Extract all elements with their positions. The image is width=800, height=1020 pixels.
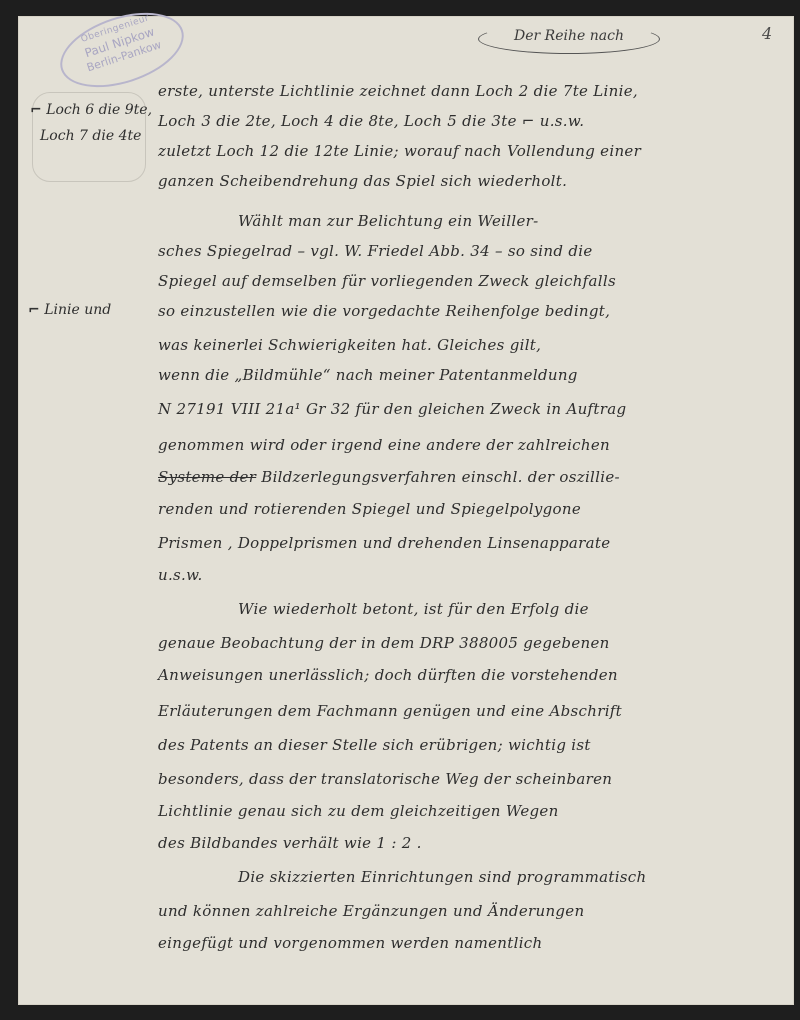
text-line: ganzen Scheibendrehung das Spiel sich wi…	[158, 172, 567, 190]
text-line: renden und rotierenden Spiegel und Spieg…	[158, 500, 581, 518]
text-line: Prismen , Doppelprismen und drehenden Li…	[158, 534, 610, 552]
margin-note: ⌐ Linie und	[28, 298, 111, 322]
text-line: erste, unterste Lichtlinie zeichnet dann…	[158, 82, 638, 100]
text-line: was keinerlei Schwierigkeiten hat. Gleic…	[158, 336, 541, 354]
text-line: des Patents an dieser Stelle sich erübri…	[158, 736, 591, 754]
text-line: Erläuterungen dem Fachmann genügen und e…	[158, 702, 622, 720]
text-line: zuletzt Loch 12 die 12te Linie; worauf n…	[158, 142, 641, 160]
text-line: Wie wiederholt betont, ist für den Erfol…	[238, 600, 589, 618]
margin-note: ⌐ Loch 6 die 9te,	[30, 98, 152, 122]
text-line: sches Spiegelrad – vgl. W. Friedel Abb. …	[158, 242, 593, 260]
text-line: so einzustellen wie die vorgedachte Reih…	[158, 302, 610, 320]
text-line: Wählt man zur Belichtung ein Weiller-	[238, 212, 538, 230]
text-line: u.s.w.	[158, 566, 203, 584]
insertion-mark-icon: ⌐	[30, 102, 42, 118]
text-line: Loch 3 die 2te, Loch 4 die 8te, Loch 5 d…	[158, 112, 584, 130]
text-line: Lichtlinie genau sich zu dem gleichzeiti…	[158, 802, 559, 820]
text-line: Spiegel auf demselben für vorliegenden Z…	[158, 272, 616, 290]
text-line: wenn die „Bildmühle“ nach meiner Patenta…	[158, 366, 578, 384]
struck-text: Systeme der	[158, 468, 256, 486]
text-line: genaue Beobachtung der in dem DRP 388005…	[158, 634, 610, 652]
text-line: Anweisungen unerlässlich; doch dürften d…	[158, 666, 618, 684]
header-annotation: Der Reihe nach	[478, 24, 660, 54]
insertion-mark-icon: ⌐	[28, 302, 40, 318]
text-line: Systeme der Bildzerlegungsverfahren eins…	[158, 468, 620, 486]
text-line: besonders, dass der translatorische Weg …	[158, 770, 612, 788]
text-line: Die skizzierten Einrichtungen sind progr…	[238, 868, 646, 886]
text-line: genommen wird oder irgend eine andere de…	[158, 436, 610, 454]
text-line: und können zahlreiche Ergänzungen und Än…	[158, 902, 584, 920]
margin-note: Loch 7 die 4te	[40, 124, 141, 148]
text-line: eingefügt und vorgenommen werden namentl…	[158, 934, 542, 952]
text-line: N 27191 VIII 21a¹ Gr 32 für den gleichen…	[158, 400, 626, 418]
text-line: des Bildbandes verhält wie 1 : 2 .	[158, 834, 422, 852]
page-number: 4	[762, 24, 772, 43]
